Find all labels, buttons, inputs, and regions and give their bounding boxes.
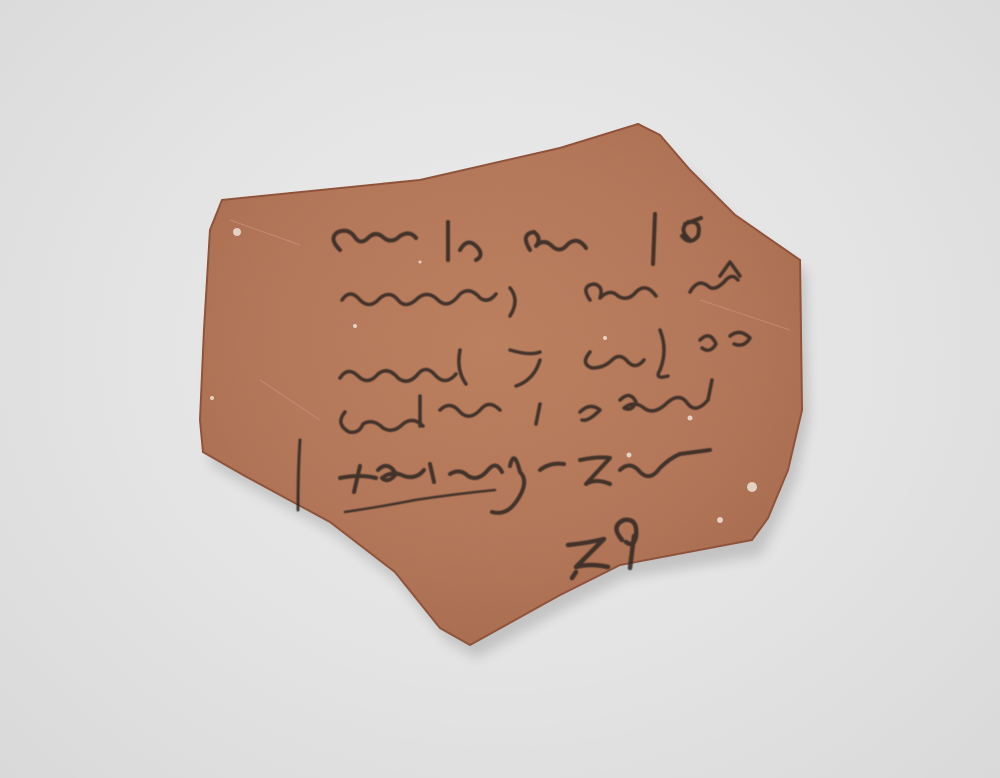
ostracon-photo — [0, 0, 1000, 778]
photo-stage: Z9 — [0, 0, 1000, 778]
